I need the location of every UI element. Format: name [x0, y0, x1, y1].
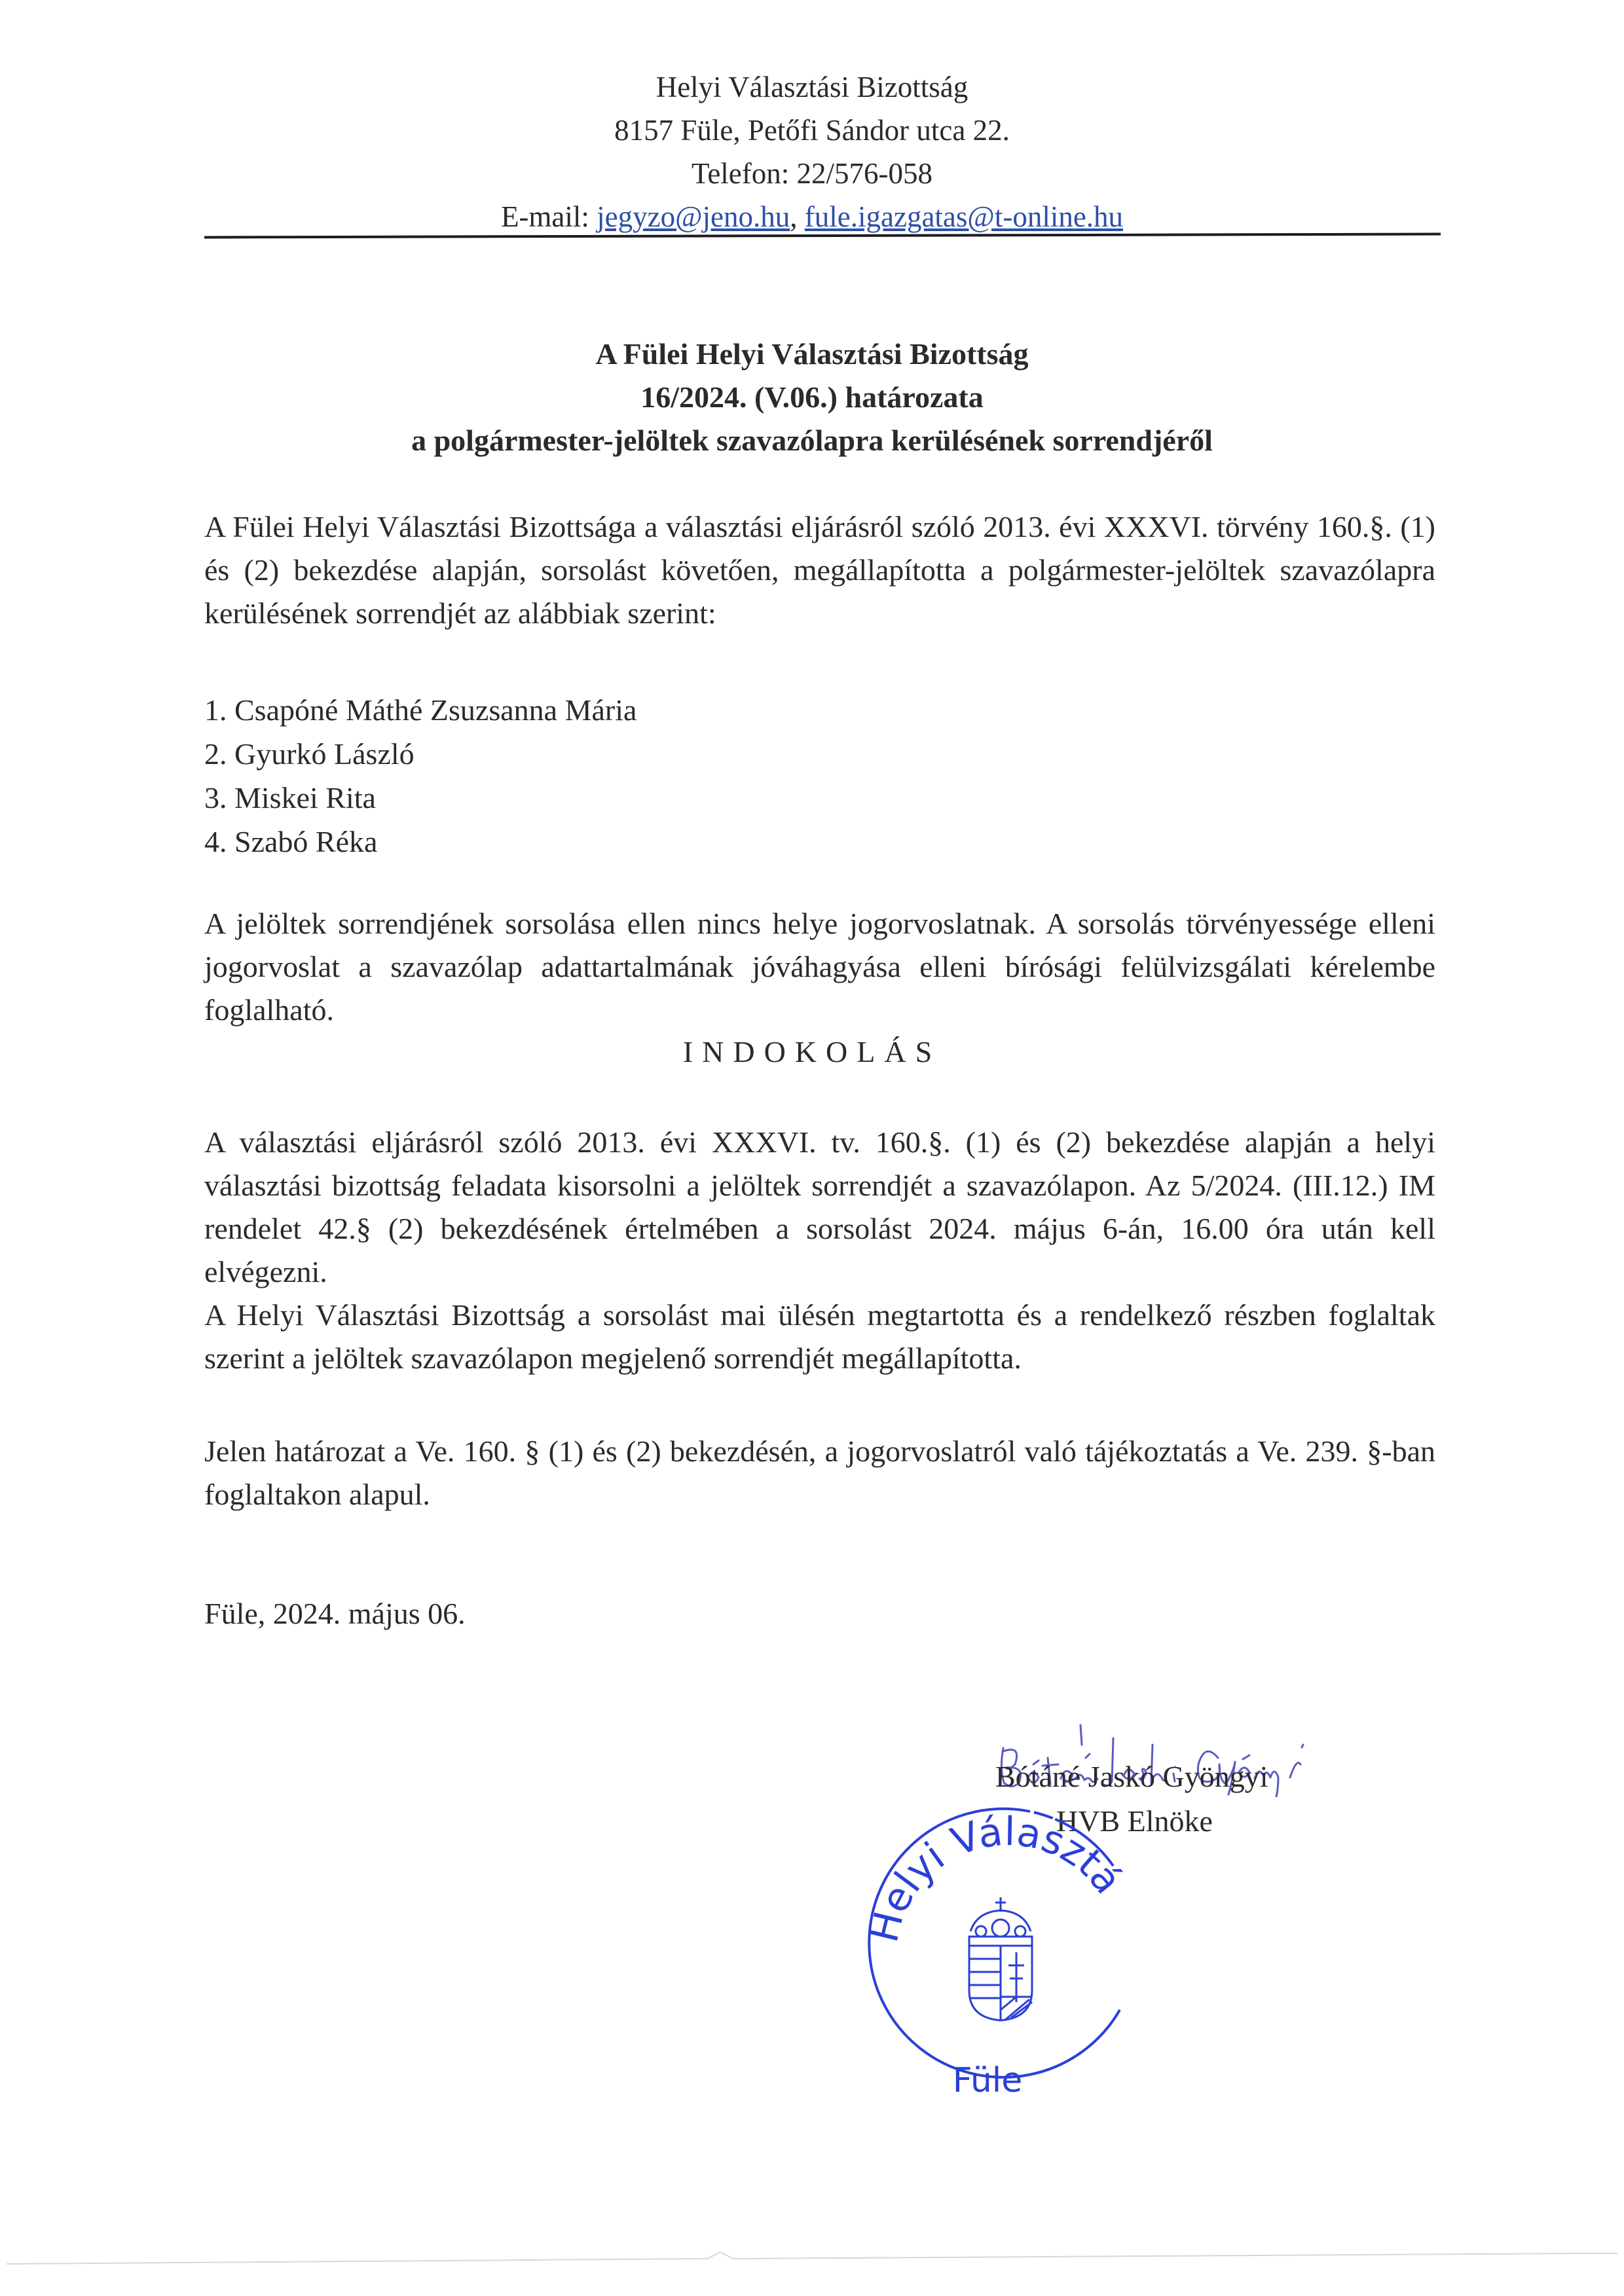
- date-line: Füle, 2024. május 06.: [204, 1596, 466, 1631]
- candidate-list: 1. Csapóné Máthé Zsuzsanna Mária 2. Gyur…: [204, 689, 1435, 864]
- title-line-2: 16/2024. (V.06.) határozata: [0, 376, 1624, 419]
- intro-paragraph: A Fülei Helyi Választási Bizottsága a vá…: [204, 505, 1435, 635]
- email-link-jegyzo[interactable]: jegyzo@jeno.hu: [597, 200, 790, 233]
- candidate-item: 3. Miskei Rita: [204, 776, 1435, 820]
- coat-of-arms-icon: [969, 1897, 1032, 2020]
- reasoning-paragraph-2: A Helyi Választási Bizottság a sorsolást…: [204, 1294, 1435, 1380]
- letterhead: Helyi Választási Bizottság 8157 Füle, Pe…: [0, 65, 1624, 238]
- candidate-item: 2. Gyurkó László: [204, 733, 1435, 776]
- letterhead-address: 8157 Füle, Petőfi Sándor utca 22.: [0, 109, 1624, 152]
- reasoning-section: A választási eljárásról szóló 2013. évi …: [204, 1121, 1435, 1380]
- resolution-title: A Fülei Helyi Választási Bizottság 16/20…: [0, 333, 1624, 462]
- letterhead-phone: Telefon: 22/576-058: [0, 152, 1624, 195]
- candidate-item: 4. Szabó Réka: [204, 820, 1435, 864]
- reasoning-heading: INDOKOLÁS: [0, 1034, 1624, 1069]
- stamp-bottom-text: Füle: [953, 2061, 1022, 2100]
- legal-basis-paragraph: Jelen határozat a Ve. 160. § (1) és (2) …: [204, 1430, 1435, 1516]
- remedy-paragraph: A jelöltek sorrendjének sorsolása ellen …: [204, 902, 1435, 1032]
- email-separator: ,: [790, 200, 805, 233]
- letterhead-email: E-mail: jegyzo@jeno.hu, fule.igazgatas@t…: [0, 195, 1624, 238]
- official-stamp: Helyi Választási Bizottság Füle: [845, 1794, 1166, 2121]
- email-label: E-mail:: [501, 200, 597, 233]
- stamp-top-text: Helyi Választási Bizottság: [845, 1794, 1131, 1946]
- letterhead-org: Helyi Választási Bizottság: [0, 65, 1624, 109]
- scan-edge-line: [0, 2252, 1624, 2272]
- signatory-name: Bótáné Jaskó Gyöngyi: [995, 1755, 1268, 1799]
- title-line-1: A Fülei Helyi Választási Bizottság: [0, 333, 1624, 376]
- title-line-3: a polgármester-jelöltek szavazólapra ker…: [0, 419, 1624, 462]
- reasoning-paragraph-1: A választási eljárásról szóló 2013. évi …: [204, 1121, 1435, 1294]
- email-link-fule-igazgatas[interactable]: fule.igazgatas@t-online.hu: [805, 200, 1123, 233]
- candidate-item: 1. Csapóné Máthé Zsuzsanna Mária: [204, 689, 1435, 733]
